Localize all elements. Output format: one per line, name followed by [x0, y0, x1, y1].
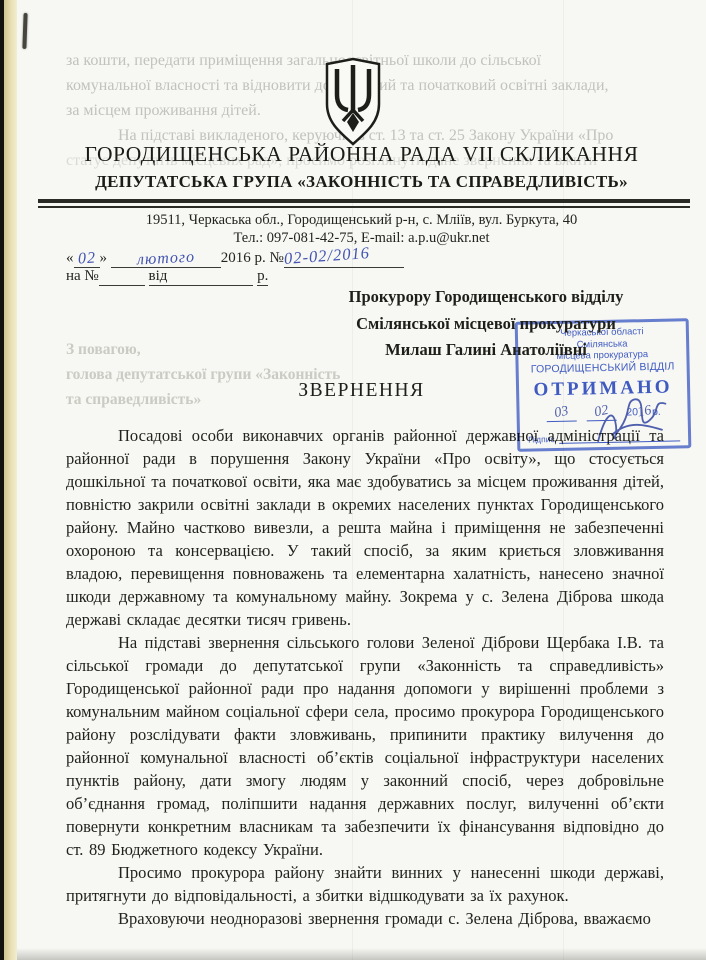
handwritten-month: лютого: [136, 248, 195, 269]
quote-open: «: [66, 250, 74, 266]
date-month-slot: лютого: [111, 249, 221, 268]
recipient-line: Смілянської місцевої прокуратури: [290, 311, 682, 338]
org-address: 19511, Черкаська обл., Городищенський р-…: [17, 212, 706, 229]
recipient-line: Милаш Галині Анатоліївні: [290, 337, 682, 364]
body-paragraph: Просимо прокурора району знайти винних у…: [66, 861, 664, 907]
header-divider: [38, 199, 690, 208]
ukraine-tryzub-icon: [322, 56, 384, 148]
scanned-letter-page: за кошти, передати приміщення загальноос…: [0, 0, 706, 960]
handwritten-stamp-day: 03: [553, 403, 570, 421]
date-day-slot: 02: [74, 249, 100, 268]
stamp-day-slot: 03: [546, 404, 576, 422]
printed-year: 2016 р.: [221, 250, 266, 266]
quote-close: »: [100, 250, 108, 266]
paper-edge: [4, 0, 17, 960]
recipient-line: Прокурору Городищенського відділу: [290, 284, 682, 311]
empty-slot: [99, 268, 145, 286]
incoming-ref-line: на № від р.: [66, 268, 268, 286]
date-number-line: «02» лютого2016 р. №02-02/2016: [66, 247, 404, 268]
letter-body: Посадові особи виконавчих органів районн…: [66, 424, 664, 930]
r-label: р.: [257, 268, 268, 286]
body-paragraph: Враховуючи неодноразові звернення громад…: [66, 907, 664, 930]
handwritten-day: 02: [77, 250, 96, 269]
scan-shadow: [17, 948, 706, 960]
doc-number-slot: 02-02/2016: [284, 247, 404, 268]
org-title: ГОРОДИЩЕНСЬКА РАЙОННА РАДА VII СКЛИКАННЯ: [17, 142, 706, 167]
org-subtitle: ДЕПУТАТСЬКА ГРУПА «ЗАКОННІСТЬ ТА СПРАВЕД…: [17, 172, 706, 192]
handwritten-doc-number: 02-02/2016: [283, 243, 370, 269]
empty-slot: [167, 268, 253, 286]
body-paragraph: На підставі звернення сільського голови …: [66, 631, 664, 861]
handwritten-signature-icon: [591, 389, 676, 449]
stamp-signature-label: Підпис: [528, 434, 555, 445]
staple-mark: [22, 13, 27, 49]
number-sign: №: [270, 250, 284, 266]
recipient-block: Прокурору Городищенського відділу Смілян…: [290, 284, 682, 364]
body-paragraph: Посадові особи виконавчих органів районн…: [66, 424, 664, 631]
vid-label: від: [149, 268, 168, 286]
na-no-label: на №: [66, 268, 99, 284]
